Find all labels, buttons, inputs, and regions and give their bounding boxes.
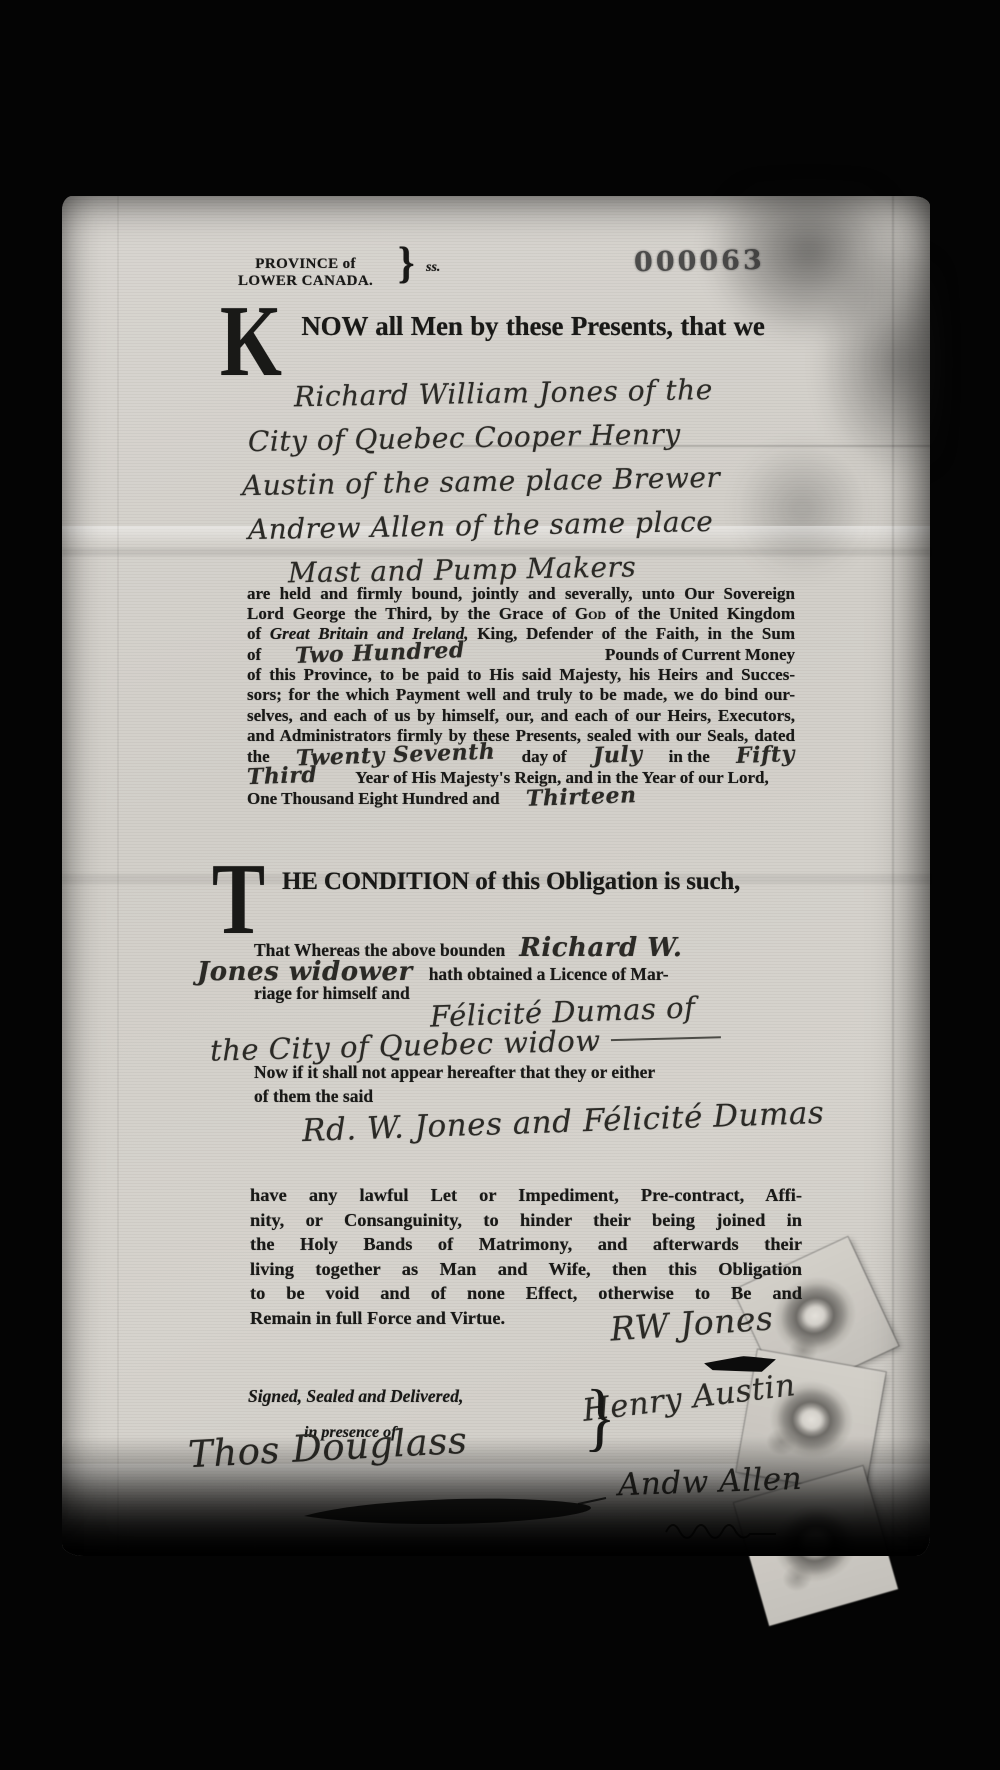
now-line-2: of them the said xyxy=(254,1086,373,1107)
closing-line: the Holy Bands of Matrimony, and afterwa… xyxy=(250,1232,802,1257)
attestation-line-1: Signed, Sealed and Delivered, xyxy=(248,1386,463,1407)
bond-line: selves, and each of us by himself, our, … xyxy=(247,706,795,726)
bond-text: day of xyxy=(522,747,567,767)
now-line-1: Now if it shall not appear hereafter tha… xyxy=(254,1062,655,1083)
bond-text: in the xyxy=(669,747,710,767)
whereas-text: hath obtained a Licence of Mar- xyxy=(429,964,669,984)
bond-text: Pounds of Current Money xyxy=(605,645,795,665)
bond-text: of xyxy=(247,624,270,643)
whereas-line-3: riage for himself and xyxy=(254,983,410,1004)
dropcap-K: K xyxy=(220,302,282,382)
condition-heading: T HE CONDITION of this Obligation is suc… xyxy=(212,860,872,940)
province-line1: PROVINCE of xyxy=(238,256,373,273)
bond-text: Lord George the Third, by the Grace of xyxy=(247,604,575,623)
god-smallcaps: God xyxy=(575,604,606,623)
closing-line: have any lawful Let or Impediment, Pre-c… xyxy=(250,1183,802,1208)
closing-line: nity, or Consanguinity, to hinder their … xyxy=(250,1208,802,1233)
bond-line-year: One Thousand Eight Hundred andThirteen xyxy=(247,788,795,809)
vertical-fold-line xyxy=(117,196,119,1556)
scanned-document-photostat: PROVINCE of LOWER CANADA. } ss. 000063 K… xyxy=(0,0,1000,1770)
serial-number-stamp: 000063 xyxy=(634,245,765,278)
bond-line: Lord George the Third, by the Grace of G… xyxy=(247,604,795,624)
bond-line: and Administrators firmly by these Prese… xyxy=(247,726,795,746)
closing-line: living together as Man and Wife, then th… xyxy=(250,1257,802,1282)
handwritten-month: July xyxy=(592,745,642,765)
know-heading: K NOW all Men by these Presents, that we xyxy=(220,302,840,382)
brace-glyph: } xyxy=(398,239,415,289)
dropcap-T: T xyxy=(212,860,265,940)
handwritten-sum: Two Hundred xyxy=(295,641,465,665)
bond-text: of xyxy=(247,645,261,665)
jurat-ss: ss. xyxy=(426,260,440,276)
bond-line-sum: ofTwo HundredPounds of Current Money xyxy=(247,644,795,665)
handwritten-bride-2: the City of Quebec widow xyxy=(210,1020,721,1067)
handwritten-regnal-2: Third xyxy=(247,766,318,786)
page-bottom-shadow xyxy=(62,1436,930,1556)
handwritten-regnal-1: Fifty xyxy=(736,745,795,765)
bond-line: of this Province, to be paid to His said… xyxy=(247,665,795,685)
obligors-handwritten-block: Richard William Jones of the City of Que… xyxy=(242,376,842,596)
bond-line-date: theTwenty Seventhday ofJulyin theFifty xyxy=(247,746,795,767)
ink-flourish-dash xyxy=(611,1036,721,1041)
bond-line: are held and firmly bound, jointly and s… xyxy=(247,584,795,604)
bond-text: One Thousand Eight Hundred and xyxy=(247,789,500,809)
handwritten-day: Twenty Seventh xyxy=(296,742,496,767)
bond-text: King, Defender of the Faith, in the Sum xyxy=(469,624,795,643)
condition-heading-text: HE CONDITION of this Obligation is such, xyxy=(282,868,740,896)
bond-line: sors; for the which Payment well and tru… xyxy=(247,685,795,705)
handwritten-year: Thirteen xyxy=(525,786,636,808)
bond-paragraph: are held and firmly bound, jointly and s… xyxy=(247,584,795,809)
know-heading-text: NOW all Men by these Presents, that we xyxy=(301,311,764,342)
bond-text: of the United Kingdom xyxy=(606,604,795,623)
handwritten-parties: Rd. W. Jones and Félicité Dumas xyxy=(302,1095,825,1149)
photostat-page: PROVINCE of LOWER CANADA. } ss. 000063 K… xyxy=(62,196,930,1556)
